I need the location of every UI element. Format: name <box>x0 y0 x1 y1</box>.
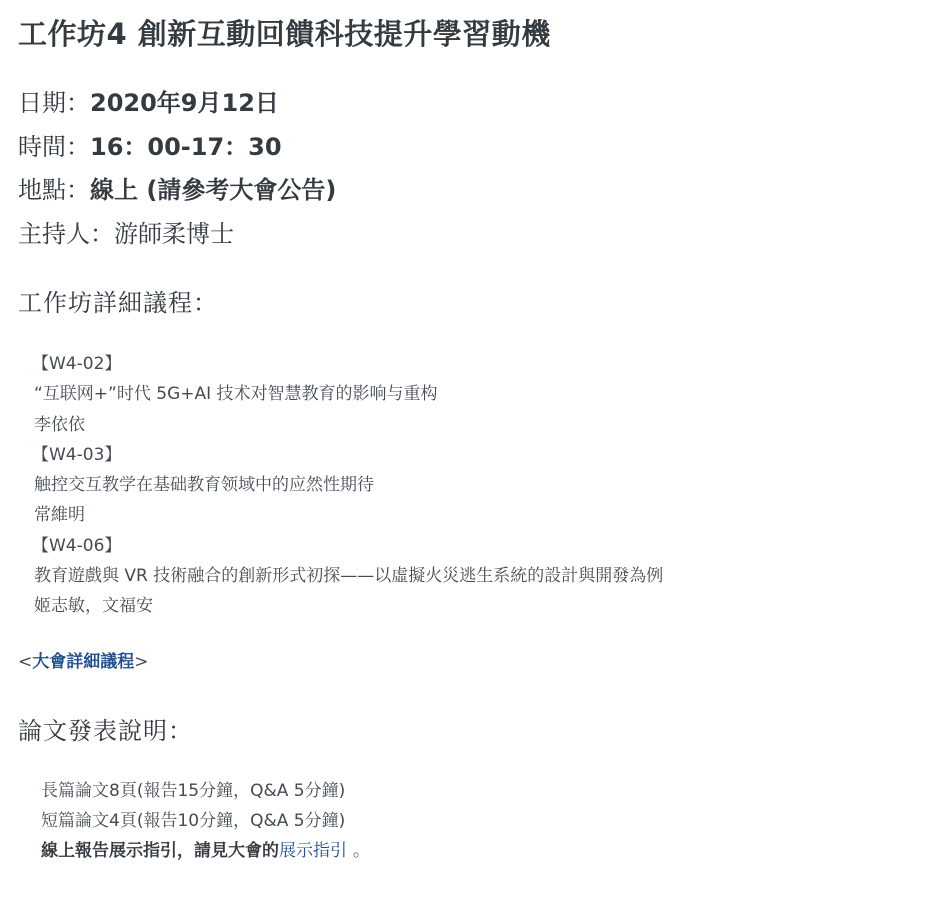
event-info: 日期：2020年9月12日 時間：16：00-17：30 地點：線上 (請參考大… <box>18 82 336 256</box>
page-title: 工作坊4 創新互動回饋科技提升學習動機 <box>18 12 551 53</box>
agenda-heading: 工作坊詳細議程： <box>18 283 218 318</box>
date-value: 2020年9月12日 <box>90 89 279 117</box>
presentation-notes: 長篇論文8頁(報告15分鐘，Q&A 5分鐘) 短篇論文4頁(報告10分鐘，Q&A… <box>41 776 370 866</box>
session-authors: 常維明 <box>34 500 663 530</box>
guide-suffix: 。 <box>353 841 370 861</box>
date-label: 日期： <box>18 89 90 117</box>
location-label: 地點： <box>18 176 90 204</box>
time-label: 時間： <box>18 133 90 161</box>
guide-prefix: 線上報告展示指引，請見大會的 <box>41 841 279 861</box>
session-code: 【W4-06】 <box>32 531 663 561</box>
presentation-guide-link[interactable]: 展示指引 <box>279 841 347 861</box>
long-paper-note: 長篇論文8頁(報告15分鐘，Q&A 5分鐘) <box>41 776 370 806</box>
conference-agenda-link-line: <大會詳細議程> <box>18 650 149 674</box>
link-bracket-open: < <box>18 652 32 672</box>
session-title: 触控交互教学在基础教育领域中的应然性期待 <box>34 470 663 500</box>
paper-presentation-heading: 論文發表說明： <box>18 711 193 746</box>
host-value: 游師柔博士 <box>114 220 234 248</box>
session-title: 教育遊戲與 VR 技術融合的創新形式初探——以虛擬火災逃生系統的設計與開發為例 <box>34 561 663 591</box>
session-authors: 李依依 <box>34 410 663 440</box>
session-code: 【W4-02】 <box>32 349 663 379</box>
location-value: 線上 (請參考大會公告) <box>90 176 336 204</box>
conference-agenda-link[interactable]: 大會詳細議程 <box>32 652 134 672</box>
session-title: “互联网+”时代 5G+AI 技术对智慧教育的影响与重构 <box>34 379 663 409</box>
host-label: 主持人： <box>18 220 114 248</box>
session-authors: 姬志敏，文福安 <box>34 591 663 621</box>
time-row: 時間：16：00-17：30 <box>18 126 336 170</box>
presentation-guide-note: 線上報告展示指引，請見大會的展示指引。 <box>41 836 370 866</box>
time-value: 16：00-17：30 <box>90 133 282 161</box>
agenda-list: 【W4-02】 “互联网+”时代 5G+AI 技术对智慧教育的影响与重构 李依依… <box>34 349 663 622</box>
session-code: 【W4-03】 <box>32 440 663 470</box>
short-paper-note: 短篇論文4頁(報告10分鐘，Q&A 5分鐘) <box>41 806 370 836</box>
host-row: 主持人：游師柔博士 <box>18 213 336 257</box>
date-row: 日期：2020年9月12日 <box>18 82 336 126</box>
location-row: 地點：線上 (請參考大會公告) <box>18 169 336 213</box>
link-bracket-close: > <box>134 652 148 672</box>
